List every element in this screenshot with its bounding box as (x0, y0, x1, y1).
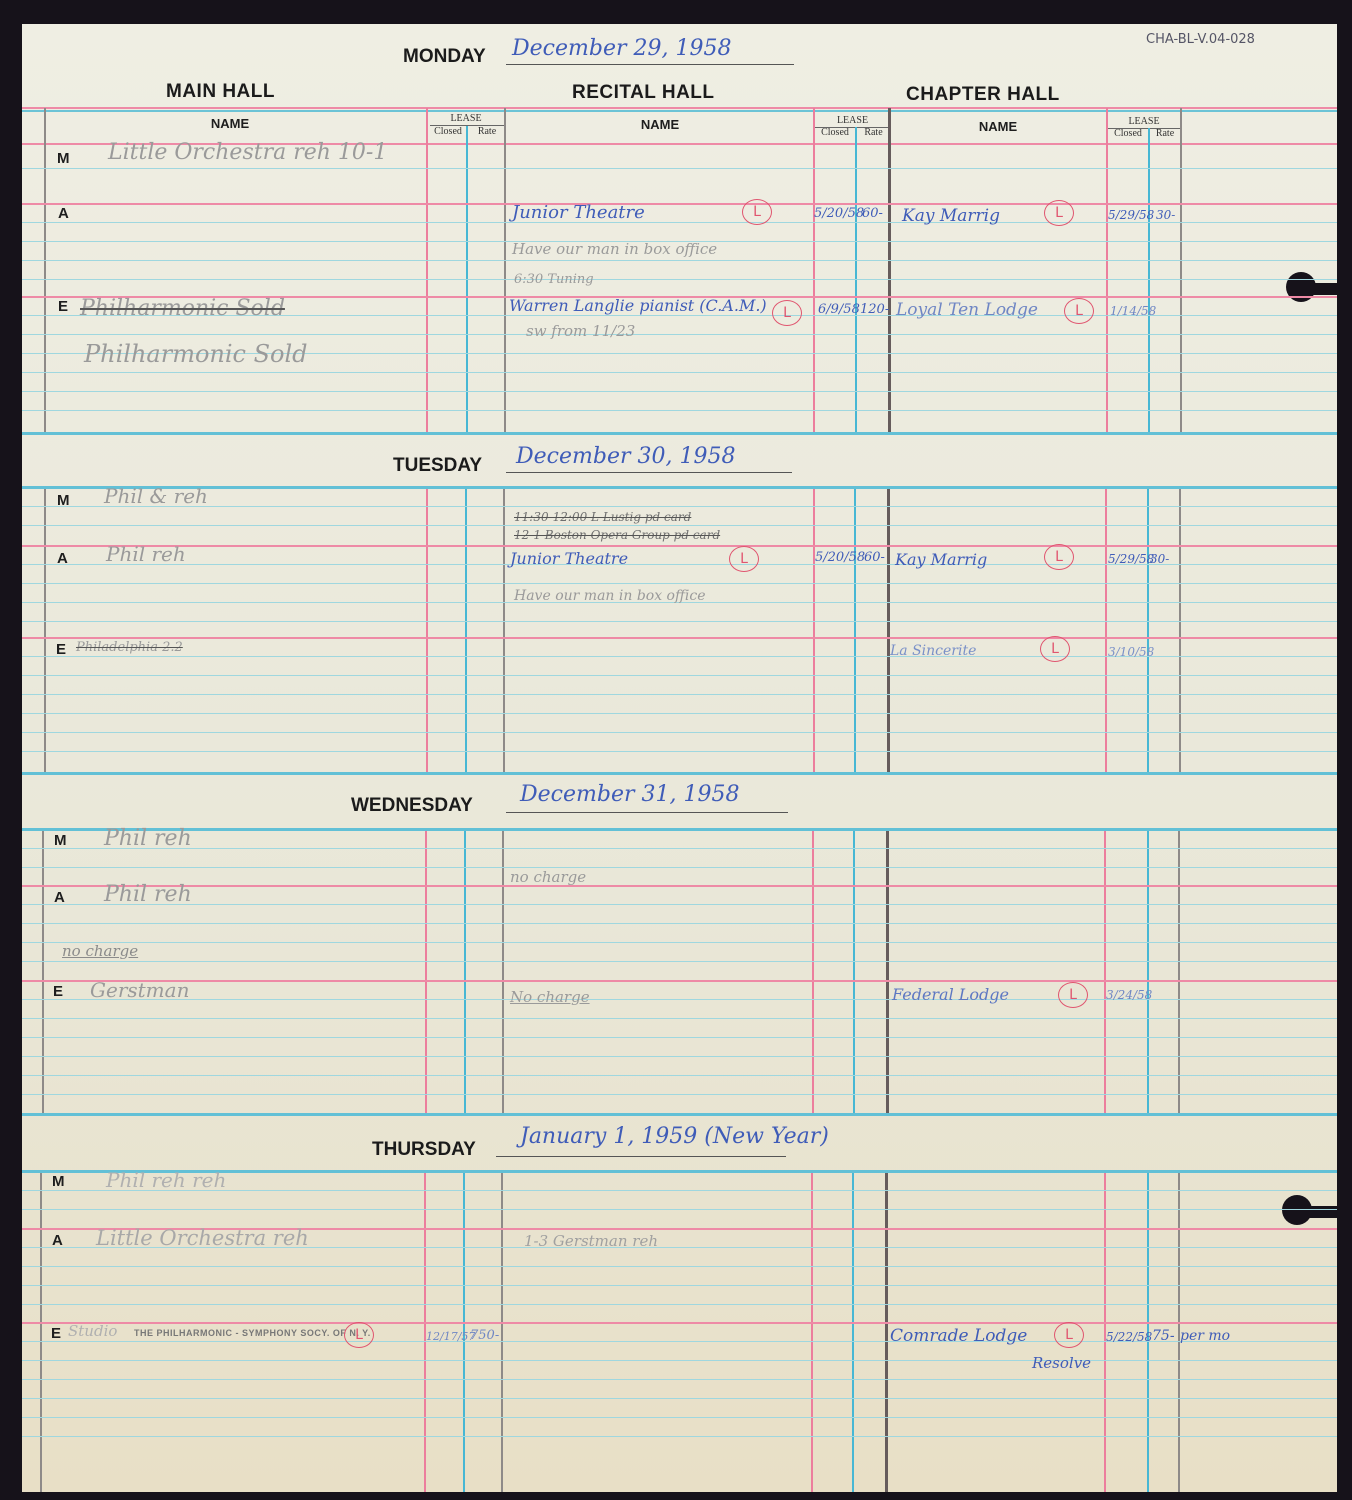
slot-morning: M (52, 1173, 65, 1190)
chapter-evening-closed: 3/10/58 (1108, 645, 1154, 659)
slot-afternoon: A (52, 1232, 63, 1249)
day-label-thursday: THURSDAY (372, 1139, 476, 1161)
lease-closed-header-recital: Closed (815, 127, 855, 138)
col-header-main-name: NAME (190, 116, 270, 131)
chapter-afternoon-rate: 30- (1150, 552, 1169, 566)
chapter-evening-closed: 3/24/58 (1106, 988, 1152, 1002)
slot-evening: E (51, 1325, 61, 1342)
slot-evening: E (53, 983, 63, 1000)
main-hall-morning-entry: Little Orchestra reh 10-1 (108, 140, 387, 165)
chapter-afternoon-closed: 5/29/58 (1108, 552, 1154, 566)
main-hall-morning-entry: Phil reh (104, 826, 192, 851)
main-hall-evening-hand: Studio (68, 1322, 117, 1340)
chapter-evening-rate: 75- (1152, 1328, 1175, 1344)
slot-afternoon: A (58, 205, 69, 222)
catalog-id: CHA-BL-V.04-028 (1146, 32, 1255, 47)
chapter-afternoon-entry: Kay Marrig (895, 550, 987, 569)
date-wednesday: December 31, 1958 (520, 782, 739, 807)
chapter-afternoon-entry: Kay Marrig (902, 206, 1000, 226)
recital-afternoon-closed: 5/20/58 (815, 550, 865, 565)
chapter-evening-closed: 1/14/58 (1110, 304, 1156, 318)
date-line-thursday: January 1, 1959 (New Year) (496, 1130, 786, 1157)
date-monday: December 29, 1958 (512, 36, 731, 61)
recital-afternoon-rate: 60- (862, 206, 883, 221)
main-hall-evening-stamp: THE PHILHARMONIC - SYMPHONY SOCY. OF N. … (134, 1328, 371, 1338)
recital-afternoon-note: Have our man in box office (514, 588, 706, 604)
lease-header-chapter: LEASE (1107, 116, 1181, 127)
date-line-tuesday: December 30, 1958 (506, 446, 792, 473)
lease-rate-header-recital: Rate (857, 127, 890, 138)
chapter-afternoon-rate: 30- (1156, 208, 1175, 222)
col-header-chapter-name: NAME (958, 119, 1038, 134)
main-hall-morning-entry: Phil & reh (104, 484, 208, 508)
chapter-evening-note: Resolve (1032, 1354, 1091, 1372)
recital-evening-rate: 120- (860, 302, 889, 317)
day-label-monday: MONDAY (403, 46, 486, 68)
slot-morning: M (54, 832, 67, 849)
date-line-monday: December 29, 1958 (506, 38, 794, 65)
date-thursday: January 1, 1959 (New Year) (520, 1124, 829, 1149)
day-label-tuesday: TUESDAY (393, 455, 482, 477)
recital-afternoon-closed: 5/20/58 (814, 206, 864, 221)
lease-closed-header-chapter: Closed (1107, 128, 1149, 139)
chapter-evening-entry: Loyal Ten Lodge (896, 300, 1038, 320)
chapter-evening-rate-note: per mo (1180, 1328, 1230, 1344)
chapter-evening-entry: La Sincerite (890, 643, 976, 659)
slot-evening: E (58, 298, 68, 315)
lease-header-main: LEASE (428, 113, 504, 124)
recital-evening-note: sw from 11/23 (526, 322, 635, 340)
lease-check-icon: L (772, 300, 802, 326)
main-hall-afternoon-entry: Little Orchestra reh (96, 1226, 309, 1250)
recital-afternoon-rate: 60- (864, 550, 885, 565)
day-label-wednesday: WEDNESDAY (351, 795, 473, 817)
main-hall-morning-entry: Phil reh reh (106, 1168, 226, 1192)
chapter-evening-entry: Comrade Lodge (890, 1326, 1027, 1346)
lease-rate-header-chapter: Rate (1150, 128, 1180, 139)
lease-check-icon: L (742, 199, 772, 225)
chapter-afternoon-closed: 5/29/58 (1108, 208, 1154, 222)
header-top-rule-blue (22, 110, 1337, 112)
recital-struck-booking-2: 12-1 Boston Opera Group pd card (514, 528, 720, 542)
date-tuesday: December 30, 1958 (516, 444, 735, 469)
slot-evening: E (56, 641, 66, 658)
slot-morning: M (57, 150, 70, 167)
main-hall-afternoon-entry: Phil reh (106, 542, 186, 566)
lease-rate-header-main: Rate (470, 126, 504, 137)
slot-morning: M (57, 492, 70, 509)
slot-afternoon: A (57, 550, 68, 567)
lease-check-icon: L (1054, 1322, 1084, 1348)
binder-hole-tab-top (1310, 283, 1340, 295)
main-hall-evening-entry-struck: Philharmonic Sold (80, 296, 285, 321)
lease-check-icon: L (1040, 636, 1070, 662)
main-hall-afternoon-entry: Phil reh (104, 882, 192, 907)
chapter-evening-closed: 5/22/58 (1106, 1330, 1152, 1344)
lease-check-icon: L (344, 1322, 374, 1348)
main-hall-evening-entry-struck: Philadelphia 2.2 (76, 640, 183, 655)
hall-title-chapter: CHAPTER HALL (906, 84, 1060, 106)
recital-afternoon-note: no charge (510, 868, 586, 886)
recital-afternoon-entry: Junior Theatre (510, 549, 628, 568)
lease-check-icon: L (729, 546, 759, 572)
binder-hole-tab-bottom (1306, 1206, 1338, 1218)
recital-afternoon-note: Have our man in box office (512, 240, 717, 258)
main-hall-evening-closed: 12/17/57 (426, 1330, 475, 1343)
col-header-recital-name: NAME (620, 117, 700, 132)
header-top-rule-pink (22, 107, 1337, 109)
main-hall-evening-rate: 750- (470, 1328, 499, 1343)
recital-evening-closed: 6/9/58 (818, 302, 860, 317)
recital-afternoon-entry: 1-3 Gerstman reh (524, 1232, 658, 1250)
recital-afternoon-entry: Junior Theatre (512, 202, 645, 223)
hall-title-main: MAIN HALL (166, 81, 275, 103)
main-hall-evening-entry: Gerstman (90, 978, 189, 1002)
recital-struck-booking-1: 11:30-12:00 L Lustig pd card (514, 510, 691, 524)
recital-evening-entry: No charge (510, 988, 590, 1006)
main-hall-evening-note: no charge (62, 942, 138, 960)
lease-closed-header-main: Closed (430, 126, 466, 137)
recital-evening-entry: Warren Langlie pianist (C.A.M.) (509, 296, 767, 315)
slot-afternoon: A (54, 889, 65, 906)
lease-check-icon: L (1064, 298, 1094, 324)
lease-check-icon: L (1058, 982, 1088, 1008)
chapter-evening-entry: Federal Lodge (892, 985, 1009, 1004)
hall-title-recital: RECITAL HALL (572, 82, 715, 104)
lease-header-recital: LEASE (815, 115, 890, 126)
recital-evening-note-above: 6:30 Tuning (514, 272, 594, 287)
lease-check-icon: L (1044, 200, 1074, 226)
main-hall-evening-entry: Philharmonic Sold (84, 340, 308, 368)
date-line-wednesday: December 31, 1958 (506, 786, 788, 813)
lease-check-icon: L (1044, 544, 1074, 570)
